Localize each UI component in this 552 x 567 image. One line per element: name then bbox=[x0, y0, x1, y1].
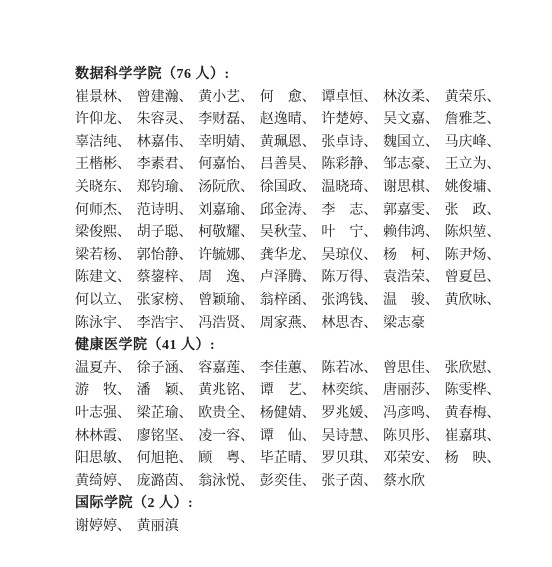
student-name: 顾 粤、 bbox=[198, 448, 260, 471]
section: 数据科学学院（76 人）:崔景林、曾建瀚、黄小艺、何 愈、谭卓恒、林汝柔、黄荣乐… bbox=[75, 64, 532, 335]
student-name: 蔡水欣 bbox=[383, 471, 445, 494]
student-name: 毕芷晴、 bbox=[260, 448, 322, 471]
name-row: 陈泳宇、李浩宇、冯浩贤、周家燕、林思杏、梁志豪 bbox=[75, 313, 532, 336]
name-row: 黄绮婷、庞潞茵、翁泳悦、彭奕佳、张子茵、蔡水欣 bbox=[75, 471, 532, 494]
section: 国际学院（2 人）:谢婷婷、黄丽滇 bbox=[75, 493, 532, 538]
student-name: 陈尹炀、 bbox=[445, 245, 507, 268]
student-name: 林奕缤、 bbox=[321, 380, 383, 403]
student-name: 黄珮恩、 bbox=[260, 132, 322, 155]
student-name: 黄春梅、 bbox=[445, 403, 507, 426]
student-name: 邱金涛、 bbox=[260, 200, 322, 223]
student-name: 容嘉莲、 bbox=[198, 358, 260, 381]
student-name: 彭奕佳、 bbox=[260, 471, 322, 494]
student-name: 罗贝琪、 bbox=[321, 448, 383, 471]
student-name: 谢思棋、 bbox=[383, 177, 445, 200]
student-name: 冯浩贤、 bbox=[198, 313, 260, 336]
student-name: 徐国政、 bbox=[260, 177, 322, 200]
student-name: 许仰龙、 bbox=[75, 109, 137, 132]
student-name: 谭 仙、 bbox=[260, 426, 322, 449]
student-name: 欧贵全、 bbox=[198, 403, 260, 426]
student-name: 陈雯桦、 bbox=[445, 380, 507, 403]
name-row: 阳思敏、何旭艳、顾 粤、毕芷晴、罗贝琪、邓荣安、杨 映、 bbox=[75, 448, 532, 471]
student-name: 潘 颖、 bbox=[137, 380, 199, 403]
student-name: 谭 艺、 bbox=[260, 380, 322, 403]
student-name: 黄荣乐、 bbox=[445, 87, 507, 110]
student-name: 曾思佳、 bbox=[383, 358, 445, 381]
name-row: 许仰龙、朱容灵、李财磊、赵逸晴、许楚婷、吴文嘉、詹雅芝、 bbox=[75, 109, 532, 132]
student-name: 何嘉怡、 bbox=[198, 154, 260, 177]
student-name: 陈彩静、 bbox=[321, 154, 383, 177]
name-row: 崔景林、曾建瀚、黄小艺、何 愈、谭卓恒、林汝柔、黄荣乐、 bbox=[75, 87, 532, 110]
student-name: 翁梓函、 bbox=[260, 290, 322, 313]
student-name: 吴诗慧、 bbox=[321, 426, 383, 449]
student-name: 陈建文、 bbox=[75, 267, 137, 290]
student-name: 许毓娜、 bbox=[198, 245, 260, 268]
student-name: 曾夏邑、 bbox=[445, 267, 507, 290]
section: 健康医学院（41 人）:温夏卉、徐子涵、容嘉莲、李佳蕙、陈若冰、曾思佳、张欣慰、… bbox=[75, 335, 532, 493]
name-row: 林林霞、廖铭坚、凌一容、谭 仙、吴诗慧、陈贝彤、崔嘉琪、 bbox=[75, 426, 532, 449]
student-name: 关晓东、 bbox=[75, 177, 137, 200]
student-name: 唐丽莎、 bbox=[383, 380, 445, 403]
student-name: 凌一容、 bbox=[198, 426, 260, 449]
student-name: 翁泳悦、 bbox=[198, 471, 260, 494]
student-name: 杨 映、 bbox=[445, 448, 507, 471]
student-name: 何以立、 bbox=[75, 290, 137, 313]
student-name: 林汝柔、 bbox=[383, 87, 445, 110]
student-name: 刘嘉瑜、 bbox=[198, 200, 260, 223]
student-name: 袁浩荣、 bbox=[383, 267, 445, 290]
student-name: 何师杰、 bbox=[75, 200, 137, 223]
student-name: 黄小艺、 bbox=[198, 87, 260, 110]
student-name: 张鸿钱、 bbox=[321, 290, 383, 313]
student-name: 王立为、 bbox=[445, 154, 507, 177]
student-name: 范诗明、 bbox=[137, 200, 199, 223]
student-name: 吴文嘉、 bbox=[383, 109, 445, 132]
student-name: 卢泽腾、 bbox=[260, 267, 322, 290]
name-row: 关晓东、郑钧瑜、汤阮欣、徐国政、温晓琦、谢思棋、姚俊墉、 bbox=[75, 177, 532, 200]
student-name: 何 愈、 bbox=[260, 87, 322, 110]
student-name: 马庆峰、 bbox=[445, 132, 507, 155]
student-name: 梁若杨、 bbox=[75, 245, 137, 268]
student-name: 梁俊熙、 bbox=[75, 222, 137, 245]
student-name: 张欣慰、 bbox=[445, 358, 507, 381]
student-name: 游 牧、 bbox=[75, 380, 137, 403]
student-name: 邓荣安、 bbox=[383, 448, 445, 471]
student-name: 姚俊墉、 bbox=[445, 177, 507, 200]
student-name: 梁芷瑜、 bbox=[137, 403, 199, 426]
student-name: 杨健婧、 bbox=[260, 403, 322, 426]
student-name: 张卓诗、 bbox=[321, 132, 383, 155]
student-name: 廖铭坚、 bbox=[137, 426, 199, 449]
name-row: 王楷彬、李素君、何嘉怡、吕善昊、陈彩静、邹志豪、王立为、 bbox=[75, 154, 532, 177]
student-name: 叶 宁、 bbox=[321, 222, 383, 245]
student-name: 邹志豪、 bbox=[383, 154, 445, 177]
student-name: 李 志、 bbox=[321, 200, 383, 223]
name-row: 游 牧、潘 颖、黄兆铭、谭 艺、林奕缤、唐丽莎、陈雯桦、 bbox=[75, 380, 532, 403]
student-name: 辜洁纯、 bbox=[75, 132, 137, 155]
student-name: 胡子聪、 bbox=[137, 222, 199, 245]
name-row: 辜洁纯、林嘉伟、幸明婧、黄珮恩、张卓诗、魏国立、马庆峰、 bbox=[75, 132, 532, 155]
student-name: 蔡鋆梓、 bbox=[137, 267, 199, 290]
student-name: 黄兆铭、 bbox=[198, 380, 260, 403]
name-row: 温夏卉、徐子涵、容嘉莲、李佳蕙、陈若冰、曾思佳、张欣慰、 bbox=[75, 358, 532, 381]
student-name: 陈泳宇、 bbox=[75, 313, 137, 336]
student-name: 吴秋莹、 bbox=[260, 222, 322, 245]
student-name: 张子茵、 bbox=[321, 471, 383, 494]
name-row: 何以立、张家榜、曾颖瑜、翁梓函、张鸿钱、温 骏、黄欣咏、 bbox=[75, 290, 532, 313]
student-name: 魏国立、 bbox=[383, 132, 445, 155]
student-name: 王楷彬、 bbox=[75, 154, 137, 177]
student-name: 徐子涵、 bbox=[137, 358, 199, 381]
student-name: 崔景林、 bbox=[75, 87, 137, 110]
student-name: 吕善昊、 bbox=[260, 154, 322, 177]
student-name: 罗兆媛、 bbox=[321, 403, 383, 426]
student-name: 张 政、 bbox=[445, 200, 507, 223]
student-name: 龚华龙、 bbox=[260, 245, 322, 268]
student-name: 周 逸、 bbox=[198, 267, 260, 290]
student-name: 叶志强、 bbox=[75, 403, 137, 426]
student-name: 陈万得、 bbox=[321, 267, 383, 290]
student-name: 崔嘉琪、 bbox=[445, 426, 507, 449]
name-row: 梁若杨、郭怡静、许毓娜、龚华龙、吴琼仪、杨 柯、陈尹炀、 bbox=[75, 245, 532, 268]
student-name: 林思杏、 bbox=[321, 313, 383, 336]
document-page: 数据科学学院（76 人）:崔景林、曾建瀚、黄小艺、何 愈、谭卓恒、林汝柔、黄荣乐… bbox=[0, 0, 552, 538]
student-name: 温晓琦、 bbox=[321, 177, 383, 200]
student-name: 陈若冰、 bbox=[321, 358, 383, 381]
student-name: 吴琼仪、 bbox=[321, 245, 383, 268]
student-name: 陈贝彤、 bbox=[383, 426, 445, 449]
student-name: 幸明婧、 bbox=[198, 132, 260, 155]
student-name: 张家榜、 bbox=[137, 290, 199, 313]
student-name: 许楚婷、 bbox=[321, 109, 383, 132]
student-name: 李财磊、 bbox=[198, 109, 260, 132]
student-name: 黄欣咏、 bbox=[445, 290, 507, 313]
student-name: 柯敬耀、 bbox=[198, 222, 260, 245]
student-name: 郑钧瑜、 bbox=[137, 177, 199, 200]
student-name: 何旭艳、 bbox=[137, 448, 199, 471]
student-name: 林嘉伟、 bbox=[137, 132, 199, 155]
student-name: 阳思敏、 bbox=[75, 448, 137, 471]
student-name: 温夏卉、 bbox=[75, 358, 137, 381]
name-row: 陈建文、蔡鋆梓、周 逸、卢泽腾、陈万得、袁浩荣、曾夏邑、 bbox=[75, 267, 532, 290]
student-name: 郭怡静、 bbox=[137, 245, 199, 268]
section-title: 国际学院（2 人）: bbox=[75, 493, 532, 516]
name-row: 何师杰、范诗明、刘嘉瑜、邱金涛、李 志、郭嘉雯、张 政、 bbox=[75, 200, 532, 223]
student-name: 陈炽堃、 bbox=[445, 222, 507, 245]
student-name: 李浩宇、 bbox=[137, 313, 199, 336]
student-name: 汤阮欣、 bbox=[198, 177, 260, 200]
student-name: 谭卓恒、 bbox=[321, 87, 383, 110]
student-name: 黄丽滇 bbox=[137, 516, 199, 539]
student-name: 谢婷婷、 bbox=[75, 516, 137, 539]
student-name: 赵逸晴、 bbox=[260, 109, 322, 132]
name-row: 谢婷婷、黄丽滇 bbox=[75, 516, 532, 539]
section-title: 数据科学学院（76 人）: bbox=[75, 64, 532, 87]
student-name: 李佳蕙、 bbox=[260, 358, 322, 381]
section-title: 健康医学院（41 人）: bbox=[75, 335, 532, 358]
student-name: 郭嘉雯、 bbox=[383, 200, 445, 223]
name-list-sections: 数据科学学院（76 人）:崔景林、曾建瀚、黄小艺、何 愈、谭卓恒、林汝柔、黄荣乐… bbox=[75, 64, 532, 538]
student-name: 李素君、 bbox=[137, 154, 199, 177]
student-name: 曾建瀚、 bbox=[137, 87, 199, 110]
student-name: 梁志豪 bbox=[383, 313, 445, 336]
student-name: 周家燕、 bbox=[260, 313, 322, 336]
name-row: 梁俊熙、胡子聪、柯敬耀、吴秋莹、叶 宁、赖伟鸿、陈炽堃、 bbox=[75, 222, 532, 245]
student-name: 曾颖瑜、 bbox=[198, 290, 260, 313]
student-name: 黄绮婷、 bbox=[75, 471, 137, 494]
student-name: 赖伟鸿、 bbox=[383, 222, 445, 245]
student-name: 詹雅芝、 bbox=[445, 109, 507, 132]
name-row: 叶志强、梁芷瑜、欧贵全、杨健婧、罗兆媛、冯彦鸣、黄春梅、 bbox=[75, 403, 532, 426]
student-name: 冯彦鸣、 bbox=[383, 403, 445, 426]
student-name: 杨 柯、 bbox=[383, 245, 445, 268]
student-name: 朱容灵、 bbox=[137, 109, 199, 132]
student-name: 温 骏、 bbox=[383, 290, 445, 313]
student-name: 庞潞茵、 bbox=[137, 471, 199, 494]
student-name: 林林霞、 bbox=[75, 426, 137, 449]
